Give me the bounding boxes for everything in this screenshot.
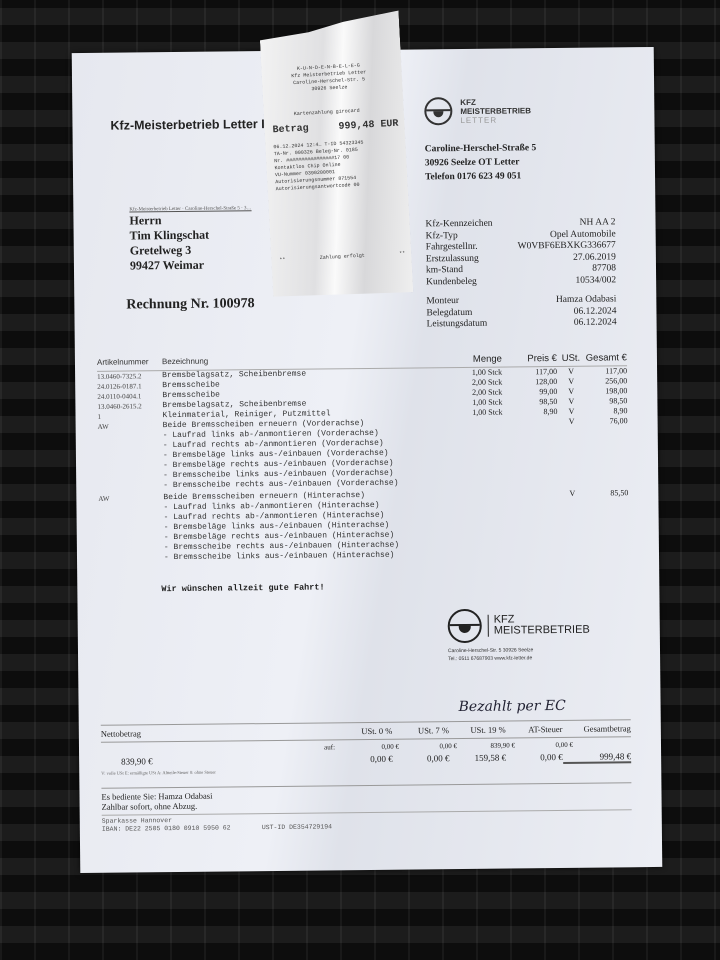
line-items-table: Artikelnummer Bezeichnung Menge Preis € … bbox=[97, 352, 629, 564]
receipt-status: Zahlung erfolgt bbox=[320, 253, 365, 261]
footer-info: Es bediente Sie: Hamza Odabasi Zahlbar s… bbox=[101, 782, 631, 812]
vat19-label: USt. 19 % bbox=[449, 725, 506, 736]
company-street: Caroline-Herschel-Straße 5 bbox=[425, 141, 537, 156]
info-row: Erstzulassung27.06.2019 bbox=[426, 252, 616, 265]
tax-vat7: 0,00 € bbox=[393, 753, 450, 766]
cell-article: AW bbox=[98, 421, 163, 432]
info-value: 10534/002 bbox=[575, 275, 616, 287]
vat0-label: USt. 0 % bbox=[335, 726, 392, 737]
vat7-label: USt. 7 % bbox=[392, 725, 449, 736]
cell-vat: V bbox=[557, 407, 585, 417]
tax-at: 0,00 € bbox=[506, 752, 563, 765]
info-label: Kundenbeleg bbox=[426, 276, 477, 288]
net-amount: 839,90 € bbox=[101, 754, 336, 768]
base-vat7: 0,00 € bbox=[399, 742, 457, 751]
header-vat: USt. bbox=[557, 353, 585, 364]
steering-wheel-icon bbox=[448, 609, 482, 643]
totals-section: Nettobetrag USt. 0 % USt. 7 % USt. 19 % … bbox=[101, 719, 632, 776]
recipient-city: 99427 Weimar bbox=[130, 258, 210, 274]
cell-qty bbox=[433, 418, 503, 429]
info-value: 87708 bbox=[592, 263, 616, 275]
cell-vat: V bbox=[557, 377, 585, 387]
info-row: Kundenbeleg10534/002 bbox=[426, 275, 616, 288]
cell-vat: V bbox=[557, 387, 585, 397]
company-phone: Telefon 0176 623 49 051 bbox=[425, 169, 537, 184]
header-qty: Menge bbox=[432, 354, 502, 366]
cell-price bbox=[503, 417, 558, 428]
cell-price: 99,00 bbox=[502, 387, 557, 398]
invoice-title: Rechnung Nr. 100978 bbox=[126, 296, 254, 313]
vat-id: UST-ID DE354729194 bbox=[262, 823, 332, 831]
info-label: Kfz-Typ bbox=[426, 231, 458, 243]
cell-article: AW bbox=[98, 493, 163, 504]
vehicle-info: Kfz-KennzeichenNH AA 2Kfz-TypOpel Automo… bbox=[425, 217, 616, 330]
cell-total: 8,90 bbox=[585, 406, 627, 416]
stamp-contact: Tel.: 0511 67687903 www.kfz-letter.de bbox=[448, 654, 590, 663]
card-payment-receipt: K-U-N-D-E-N-B-E-L-E-G Kfz Meisterbetrieb… bbox=[259, 11, 414, 300]
cell-vat: V bbox=[558, 489, 586, 499]
grand-total: 999,48 € bbox=[563, 751, 632, 764]
cell-article: 24.0110-0404.1 bbox=[97, 391, 162, 402]
cell-total: 198,00 bbox=[585, 386, 627, 396]
cell-price: 8,90 bbox=[502, 407, 557, 418]
company-header: Kfz-Meisterbetrieb Letter Inh bbox=[110, 117, 280, 133]
receipt-amount-label: Betrag bbox=[272, 123, 309, 136]
info-value: NH AA 2 bbox=[580, 217, 616, 229]
header-article: Artikelnummer bbox=[97, 357, 162, 369]
recipient-salutation: Herrn bbox=[129, 213, 209, 229]
cell-price: 117,00 bbox=[502, 367, 557, 378]
receipt-amount-row: Betrag 999,48 EUR bbox=[272, 119, 398, 137]
handwritten-signature: Bezahlt per EC bbox=[459, 698, 566, 715]
items-body: 13.0460-7325.2Bremsbelagsatz, Scheibenbr… bbox=[97, 366, 629, 564]
base-at: 0,00 € bbox=[515, 741, 573, 750]
cell-article: 1 bbox=[97, 411, 162, 422]
company-stamp: KFZ MEISTERBETRIEB Caroline-Herschel-Str… bbox=[448, 608, 591, 663]
recipient-name: Tim Klingschat bbox=[130, 228, 210, 244]
info-value: Hamza Odabasi bbox=[556, 294, 617, 306]
bank-details: Sparkasse Hannover IBAN: DE22 2505 0180 … bbox=[102, 809, 632, 834]
cell-total: 85,50 bbox=[586, 488, 628, 498]
info-value: 06.12.2024 bbox=[574, 306, 617, 318]
sender-return-line: Kfz-Meisterbetrieb Letter · Caroline-Her… bbox=[129, 206, 251, 212]
header-total: Gesamt € bbox=[585, 352, 627, 363]
info-label: Leistungsdatum bbox=[427, 319, 488, 331]
info-label: Erstzulassung bbox=[426, 253, 479, 265]
cell-total: 117,00 bbox=[585, 366, 627, 376]
info-label: Fahrgestellnr. bbox=[426, 242, 478, 254]
base-vat0: 0,00 € bbox=[341, 743, 399, 752]
header-description: Bezeichnung bbox=[162, 354, 432, 368]
steering-wheel-icon bbox=[424, 97, 452, 125]
cell-vat: V bbox=[557, 367, 585, 377]
receipt-header: K-U-N-D-E-N-B-E-L-E-G Kfz Meisterbetrieb… bbox=[283, 62, 374, 95]
cell-total: 98,50 bbox=[585, 396, 627, 406]
receipt-amount: 999,48 EUR bbox=[338, 119, 399, 133]
cell-total: 256,00 bbox=[585, 376, 627, 386]
company-logo: KFZ MEISTERBETRIEB LETTER bbox=[424, 96, 531, 125]
cell-total: 76,00 bbox=[586, 416, 628, 426]
net-label: Nettobetrag bbox=[101, 726, 336, 738]
info-row: Leistungsdatum06.12.2024 bbox=[427, 317, 617, 330]
receipt-status-row: **Zahlung erfolgt** bbox=[279, 251, 405, 264]
info-label: Monteur bbox=[426, 296, 459, 308]
info-value: Opel Automobile bbox=[550, 229, 616, 241]
cell-article: 13.0460-2615.2 bbox=[97, 401, 162, 412]
stamp-line2: MEISTERBETRIEB bbox=[494, 625, 590, 637]
grand-total-label: Gesamtbetrag bbox=[562, 723, 631, 734]
info-label: Belegdatum bbox=[426, 307, 472, 319]
info-value: 27.06.2019 bbox=[573, 252, 616, 264]
info-label: km-Stand bbox=[426, 265, 463, 277]
tax-vat19: 159,58 € bbox=[449, 753, 506, 766]
iban: IBAN: DE22 2505 0180 0910 5950 62 bbox=[102, 824, 231, 832]
base-vat19: 839,90 € bbox=[457, 741, 515, 750]
info-label: Kfz-Kennzeichen bbox=[425, 219, 492, 231]
cell-article: 24.0126-0187.1 bbox=[97, 381, 162, 392]
receipt-payment-type: Kartenzahlung girocard bbox=[294, 108, 360, 117]
cell-price: 128,00 bbox=[502, 377, 557, 388]
cell-vat: V bbox=[557, 397, 585, 407]
tax-vat0: 0,00 € bbox=[336, 754, 393, 767]
greeting: Wir wünschen allzeit gute Fahrt! bbox=[161, 582, 324, 594]
cell-price: 98,50 bbox=[502, 397, 557, 408]
logo-line2: MEISTERBETRIEB bbox=[460, 106, 531, 116]
receipt-details: 06.12.2024 12:4… T-ID 54323345TA-Nr. 000… bbox=[273, 138, 401, 194]
logo-line3: LETTER bbox=[460, 115, 531, 125]
recipient-street: Gretelweg 3 bbox=[130, 243, 210, 259]
info-value: 06.12.2024 bbox=[574, 317, 617, 329]
at-tax-label: AT-Steuer bbox=[506, 724, 563, 735]
company-address: Caroline-Herschel-Straße 5 30926 Seelze … bbox=[425, 141, 537, 184]
recipient-address: Herrn Tim Klingschat Gretelweg 3 99427 W… bbox=[129, 213, 209, 274]
company-city: 30926 Seelze OT Letter bbox=[425, 155, 537, 170]
header-price: Preis € bbox=[502, 353, 557, 365]
cell-article: 13.0460-7325.2 bbox=[97, 371, 162, 382]
cell-vat: V bbox=[558, 417, 586, 427]
